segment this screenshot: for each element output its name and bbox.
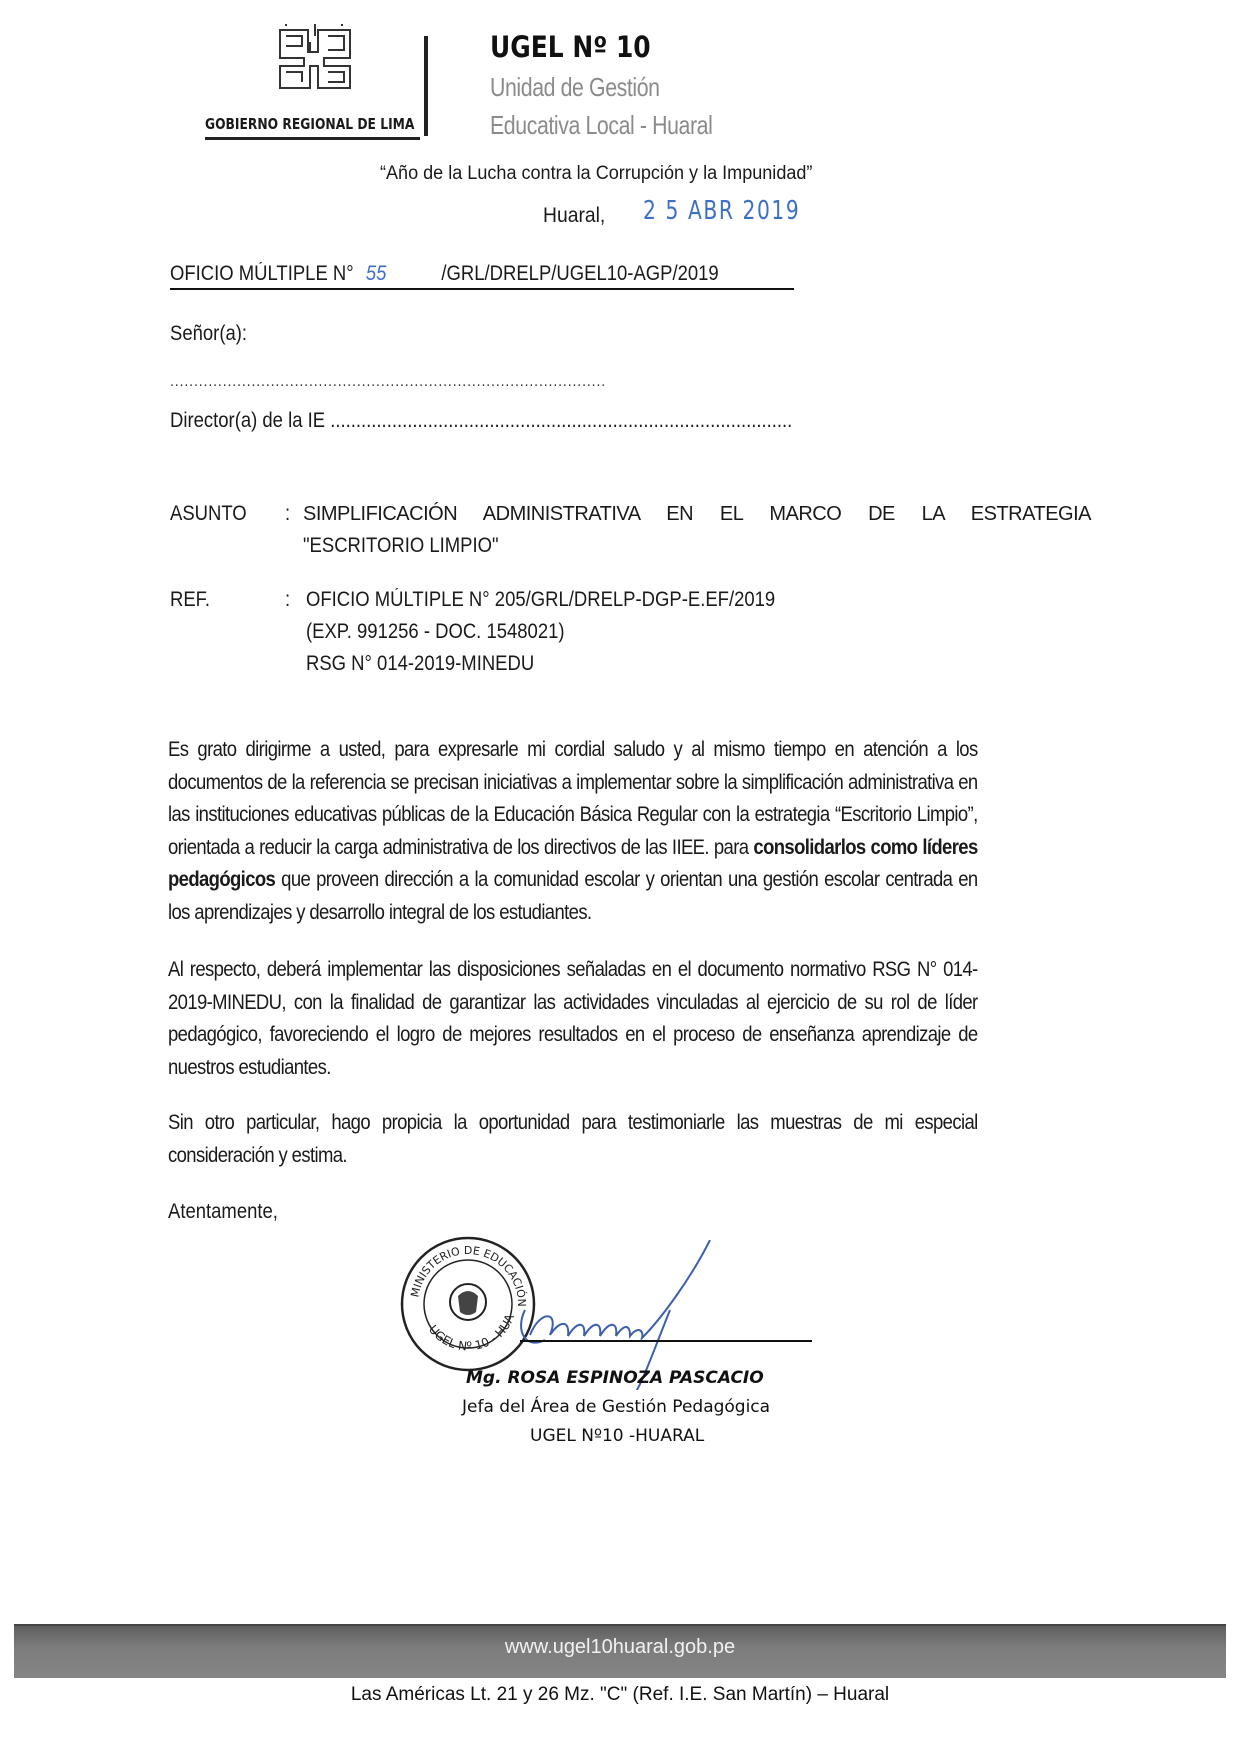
footer-address: Las Américas Lt. 21 y 26 Mz. "C" (Ref. I… bbox=[0, 1684, 1240, 1706]
agency-title: UGEL Nº 10 bbox=[490, 30, 651, 64]
asunto-line1: SIMPLIFICACIÓN ADMINISTRATIVA EN EL MARC… bbox=[303, 498, 1091, 530]
signer-role: Jefa del Área de Gestión Pedagógica bbox=[462, 1397, 770, 1417]
body-paragraph-3: Sin otro particular, hago propicia la op… bbox=[168, 1107, 978, 1172]
letterhead-divider bbox=[424, 36, 428, 136]
closing: Atentamente, bbox=[168, 1196, 278, 1228]
oficio-reference: OFICIO MÚLTIPLE N° 55 /GRL/DRELP/UGEL10-… bbox=[170, 258, 719, 290]
asunto-line2: "ESCRITORIO LIMPIO" bbox=[303, 530, 499, 562]
recipient-salutation: Señor(a): bbox=[170, 318, 247, 350]
reference-item: OFICIO MÚLTIPLE N° 205/GRL/DRELP-DGP-E.E… bbox=[306, 584, 775, 616]
oficio-suffix: /GRL/DRELP/UGEL10-AGP/2019 bbox=[441, 258, 718, 290]
body-paragraph-1: Es grato dirigirme a usted, para expresa… bbox=[168, 734, 978, 929]
signature-line bbox=[520, 1340, 812, 1342]
body-paragraph-2: Al respecto, deberá implementar las disp… bbox=[168, 954, 978, 1084]
ref-label: REF. bbox=[170, 584, 210, 616]
gobierno-regional-logo-icon bbox=[272, 22, 358, 92]
footer-website-link[interactable]: www.ugel10huaral.gob.pe bbox=[0, 1636, 1240, 1659]
asunto-separator: : bbox=[285, 498, 290, 530]
agency-subtitle-line1: Unidad de Gestión bbox=[490, 72, 660, 103]
recipient-role: Director(a) de la IE ...................… bbox=[170, 405, 792, 437]
ref-separator: : bbox=[285, 584, 290, 616]
letterhead-underline bbox=[205, 137, 420, 140]
recipient-name-blank: ........................................… bbox=[170, 366, 606, 398]
reference-item: RSG N° 014-2019-MINEDU bbox=[306, 648, 534, 680]
asunto-label: ASUNTO bbox=[170, 498, 247, 530]
oficio-label: OFICIO MÚLTIPLE N° bbox=[170, 258, 354, 290]
reference-item: (EXP. 991256 - DOC. 1548021) bbox=[306, 616, 565, 648]
paragraph1-text-end: que proveen dirección a la comunidad esc… bbox=[168, 868, 978, 924]
official-seal-icon: MINISTERIO DE EDUCACIÓN UGEL Nº 10 - HUA… bbox=[398, 1234, 538, 1374]
signer-name: Mg. ROSA ESPINOZA PASCACIO bbox=[466, 1368, 764, 1388]
year-motto: “Año de la Lucha contra la Corrupción y … bbox=[380, 158, 812, 190]
agency-subtitle-line2: Educativa Local - Huaral bbox=[490, 110, 712, 141]
signer-organization: UGEL Nº10 -HUARAL bbox=[530, 1426, 704, 1446]
government-label: GOBIERNO REGIONAL DE LIMA bbox=[205, 115, 414, 133]
date-stamp: 2 5 ABR 2019 bbox=[643, 196, 800, 226]
oficio-underline bbox=[170, 288, 794, 290]
oficio-number: 55 bbox=[366, 258, 436, 290]
place-label: Huaral, bbox=[543, 200, 605, 232]
